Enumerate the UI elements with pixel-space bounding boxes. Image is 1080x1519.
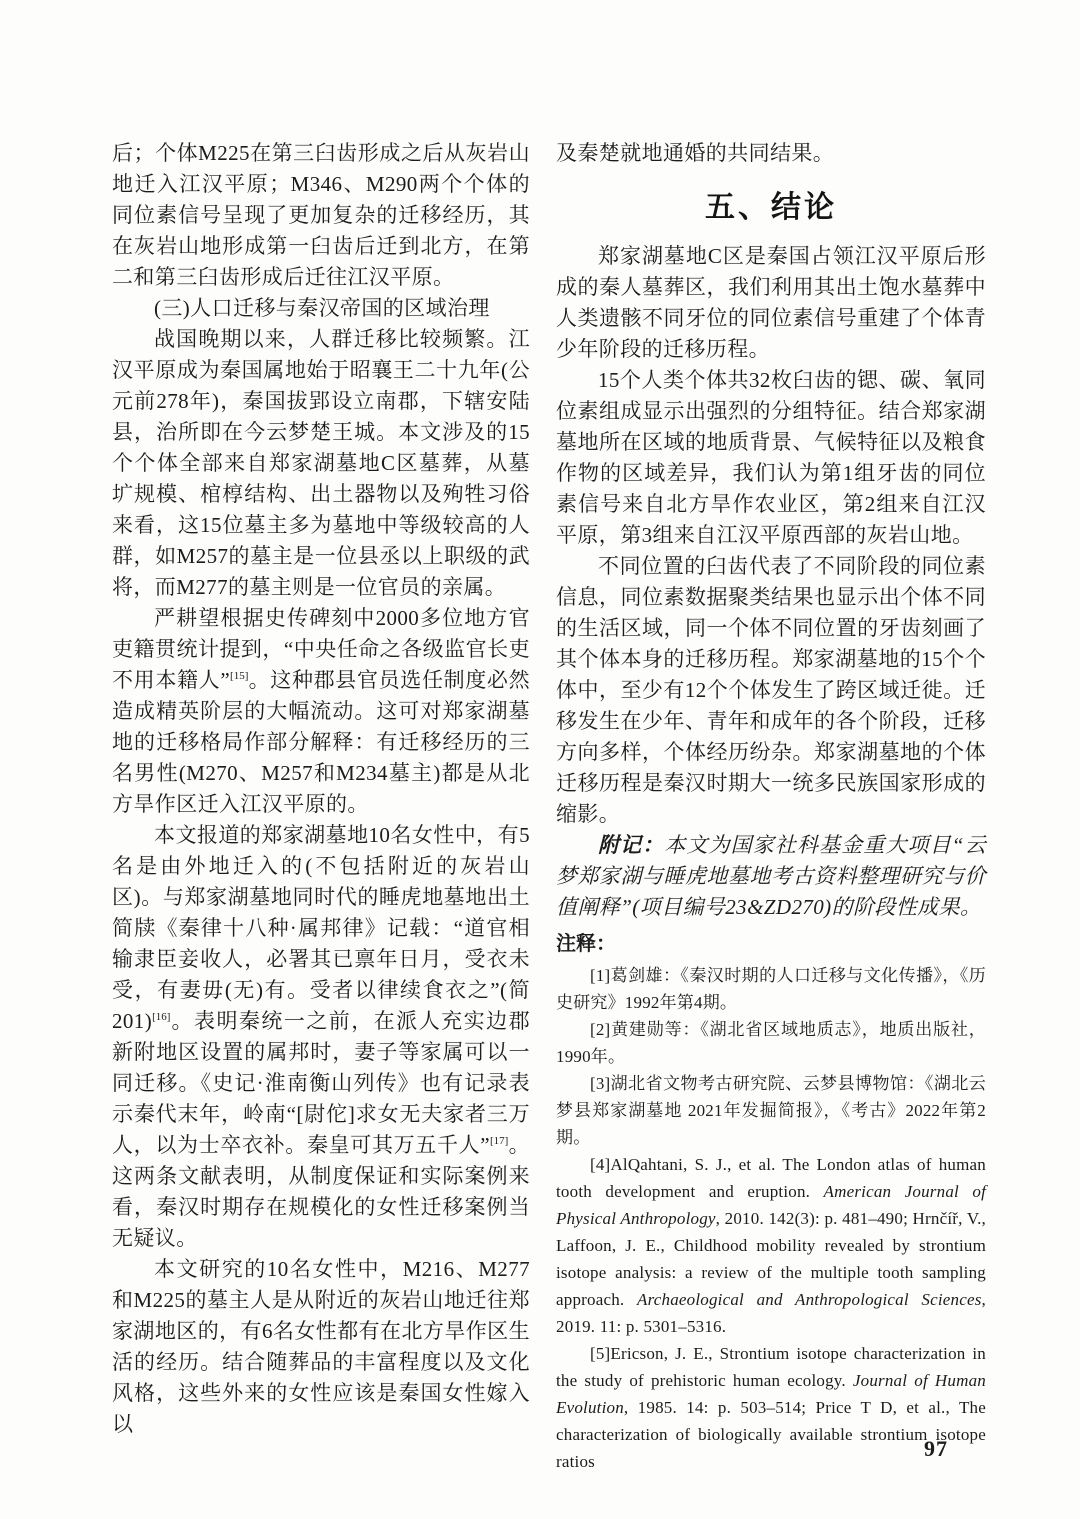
text-run: 后；个体M225在第三臼齿形成之后从灰岩山地迁入江汉平原；M346、M290两个… (112, 141, 530, 289)
text-run: Archaeological and Anthropological Scien… (637, 1290, 982, 1309)
notes-list: [1]葛剑雄：《秦汉时期的人口迁移与文化传播》，《历史研究》1992年第4期。[… (556, 962, 986, 1475)
left-column-paragraphs: 后；个体M225在第三臼齿形成之后从灰岩山地迁入江汉平原；M346、M290两个… (112, 138, 530, 1440)
text-run: [3]湖北省文物考古研究院、云梦县博物馆：《湖北云梦县郑家湖墓地 2021年发掘… (556, 1074, 986, 1147)
paragraph-continuation: 后；个体M225在第三臼齿形成之后从灰岩山地迁入江汉平原；M346、M290两个… (112, 138, 530, 293)
acknowledgment-paragraph: 附记：本文为国家社科基金重大项目“云梦郑家湖与睡虎地墓地考古资料整理研究与价值阐… (556, 830, 986, 923)
paragraph: 严耕望根据史传碑刻中2000多位地方官吏籍贯统计提到，“中央任命之各级监官长吏不… (112, 603, 530, 820)
paragraph: 不同位置的臼齿代表了不同阶段的同位素信息，同位素数据聚类结果也显示出个体不同的生… (556, 551, 986, 830)
text-run: 15个人类个体共32枚臼齿的锶、碳、氧同位素组成显示出强烈的分组特征。结合郑家湖… (556, 368, 986, 547)
text-run: 不同位置的臼齿代表了不同阶段的同位素信息，同位素数据聚类结果也显示出个体不同的生… (556, 554, 986, 826)
footnote-ref: [17] (490, 1135, 508, 1147)
note-4: [4]AlQahtani, S. J., et al. The London a… (556, 1151, 986, 1340)
text-run: [2]黄建勋等：《湖北省区域地质志》，地质出版社，1990年。 (556, 1020, 986, 1066)
paragraph: 15个人类个体共32枚臼齿的锶、碳、氧同位素组成显示出强烈的分组特征。结合郑家湖… (556, 365, 986, 551)
text-run: 战国晚期以来，人群迁移比较频繁。江汉平原成为秦国属地始于昭襄王二十九年(公元前2… (112, 327, 530, 599)
text-run: 郑家湖墓地C区是秦国占领江汉平原后形成的秦人墓葬区，我们利用其出土饱水墓葬中人类… (556, 244, 986, 361)
paragraph: 郑家湖墓地C区是秦国占领江汉平原后形成的秦人墓葬区，我们利用其出土饱水墓葬中人类… (556, 241, 986, 365)
scanned-paper-page: 后；个体M225在第三臼齿形成之后从灰岩山地迁入江汉平原；M346、M290两个… (0, 0, 1080, 1519)
left-column: 后；个体M225在第三臼齿形成之后从灰岩山地迁入江汉平原；M346、M290两个… (112, 138, 530, 1440)
text-run: 附记： (598, 833, 664, 857)
paragraph: 本文报道的郑家湖墓地10名女性中，有5名是由外地迁入的(不包括附近的灰岩山区)。… (112, 820, 530, 1254)
text-run: 本文报道的郑家湖墓地10名女性中，有5名是由外地迁入的(不包括附近的灰岩山区)。… (112, 823, 530, 1033)
text-run: [1]葛剑雄：《秦汉时期的人口迁移与文化传播》，《历史研究》1992年第4期。 (556, 966, 986, 1012)
right-column: 及秦楚就地通婚的共同结果。 五、结论 郑家湖墓地C区是秦国占领江汉平原后形成的秦… (556, 138, 986, 1475)
subsection-heading: (三)人口迁移与秦汉帝国的区域治理 (112, 293, 530, 324)
notes-heading: 注释： (556, 927, 986, 956)
text-run: 及秦楚就地通婚的共同结果。 (556, 141, 834, 165)
note-1: [1]葛剑雄：《秦汉时期的人口迁移与文化传播》，《历史研究》1992年第4期。 (556, 962, 986, 1016)
note-5: [5]Ericson, J. E., Strontium isotope cha… (556, 1340, 986, 1475)
paragraph: 本文研究的10名女性中，M216、M277和M225的墓主人是从附近的灰岩山地迁… (112, 1254, 530, 1440)
footnote-ref: [16] (152, 1011, 170, 1023)
page-number: 97 (924, 1436, 948, 1462)
paragraph-continuation: 及秦楚就地通婚的共同结果。 (556, 138, 986, 169)
text-run: (三)人口迁移与秦汉帝国的区域治理 (154, 296, 490, 320)
paragraph: 战国晚期以来，人群迁移比较频繁。江汉平原成为秦国属地始于昭襄王二十九年(公元前2… (112, 324, 530, 603)
conclusion-section-heading: 五、结论 (556, 182, 986, 226)
text-run: 。表明秦统一之前，在派人充实边郡新附地区设置的属邦时，妻子等家属可以一同迁移。《… (112, 1009, 530, 1157)
right-column-intro: 及秦楚就地通婚的共同结果。 (556, 138, 986, 169)
text-run: 本文研究的10名女性中，M216、M277和M225的墓主人是从附近的灰岩山地迁… (112, 1257, 530, 1436)
note-2: [2]黄建勋等：《湖北省区域地质志》，地质出版社，1990年。 (556, 1016, 986, 1070)
footnote-ref: [15] (230, 670, 248, 682)
note-3: [3]湖北省文物考古研究院、云梦县博物馆：《湖北云梦县郑家湖墓地 2021年发掘… (556, 1070, 986, 1151)
right-column-paragraphs: 郑家湖墓地C区是秦国占领江汉平原后形成的秦人墓葬区，我们利用其出土饱水墓葬中人类… (556, 241, 986, 923)
